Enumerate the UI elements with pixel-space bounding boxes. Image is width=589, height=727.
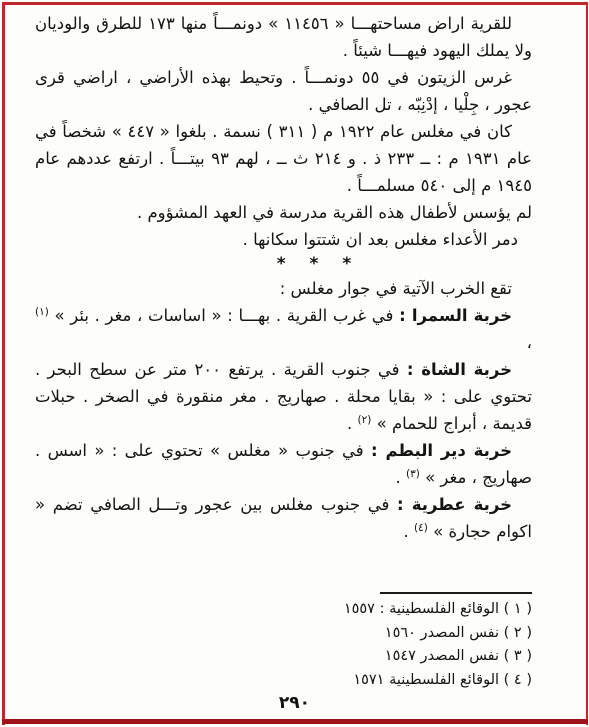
footnote-marker-4: (٤): [414, 522, 428, 534]
khirba-title: خربة الشاة :: [407, 360, 512, 379]
khirba-entry-atriya: خربة عطرية : في جنوب مغلس بين عجور وتـــ…: [35, 491, 532, 545]
khirba-entry-samra: خربة السمرا : في غرب القرية . بهـــا : «…: [35, 302, 532, 356]
footnote-4: ( ٤ ) الوقائع الفلسطينية ١٥٧١: [35, 669, 532, 693]
footnote-3: ( ٣ ) نفس المصدر ١٥٤٧: [35, 645, 532, 669]
khirba-tail: .: [395, 468, 400, 487]
footnote-marker-1: (١): [35, 306, 49, 318]
paragraph-khirbas-intro: تقع الخرب الآتية في جوار مغلس :: [35, 275, 532, 302]
page-frame-left: [2, 2, 5, 725]
paragraph-village-area: للقرية اراض مساحتهـــا « ١١٤٥٦ » دونمـــ…: [35, 10, 532, 64]
khirba-body: في غرب القرية . بهـــا : « اساسات ، مغر …: [55, 306, 394, 325]
footnote-1: ( ١ ) الوقائع الفلسطينية : ١٥٥٧: [35, 598, 532, 622]
khirba-tail: ،: [527, 333, 532, 352]
page-frame-bottom: [2, 719, 588, 724]
page-frame-right: [586, 2, 588, 725]
scanned-book-page: للقرية اراض مساحتهـــا « ١١٤٥٦ » دونمـــ…: [0, 0, 589, 727]
khirba-title: خربة دير البطم :: [371, 441, 512, 460]
footnotes-section: ( ١ ) الوقائع الفلسطينية : ١٥٥٧ ( ٢ ) نف…: [35, 592, 532, 692]
page-frame-top: [2, 2, 587, 5]
footnote-marker-2: (٢): [358, 414, 372, 426]
khirba-title: خربة السمرا :: [399, 306, 512, 325]
footnote-separator-rule: [380, 592, 532, 594]
khirba-tail: .: [404, 522, 409, 541]
paragraph-destroyed: دمر الأعداء مغلس بعد ان شتتوا سكانها .: [35, 226, 532, 253]
paragraph-no-school: لم يؤسس لأطفال هذه القرية مدرسة في العهد…: [35, 199, 532, 226]
paragraph-olives-borders: غرس الزيتون في ٥٥ دونمـــاً . وتحيط بهذه…: [35, 64, 532, 118]
page-number: ٢٩٠: [0, 693, 589, 713]
khirba-tail: .: [347, 414, 352, 433]
footnote-2: ( ٢ ) نفس المصدر ١٥٦٠: [35, 622, 532, 646]
body-text: للقرية اراض مساحتهـــا « ١١٤٥٦ » دونمـــ…: [35, 10, 532, 545]
khirba-title: خربة عطرية :: [397, 495, 512, 514]
footnote-marker-3: (٣): [406, 468, 420, 480]
khirba-entry-shah: خربة الشاة : في جنوب القرية . يرتفع ٢٠٠ …: [35, 356, 532, 437]
section-divider-asterisks: * * *: [70, 253, 567, 275]
paragraph-population: كان في مغلس عام ١٩٢٢ م ( ٣١١ ) نسمة . بل…: [35, 118, 532, 199]
khirba-entry-deir-butm: خربة دير البطم : في جنوب « مغلس » تحتوي …: [35, 437, 532, 491]
